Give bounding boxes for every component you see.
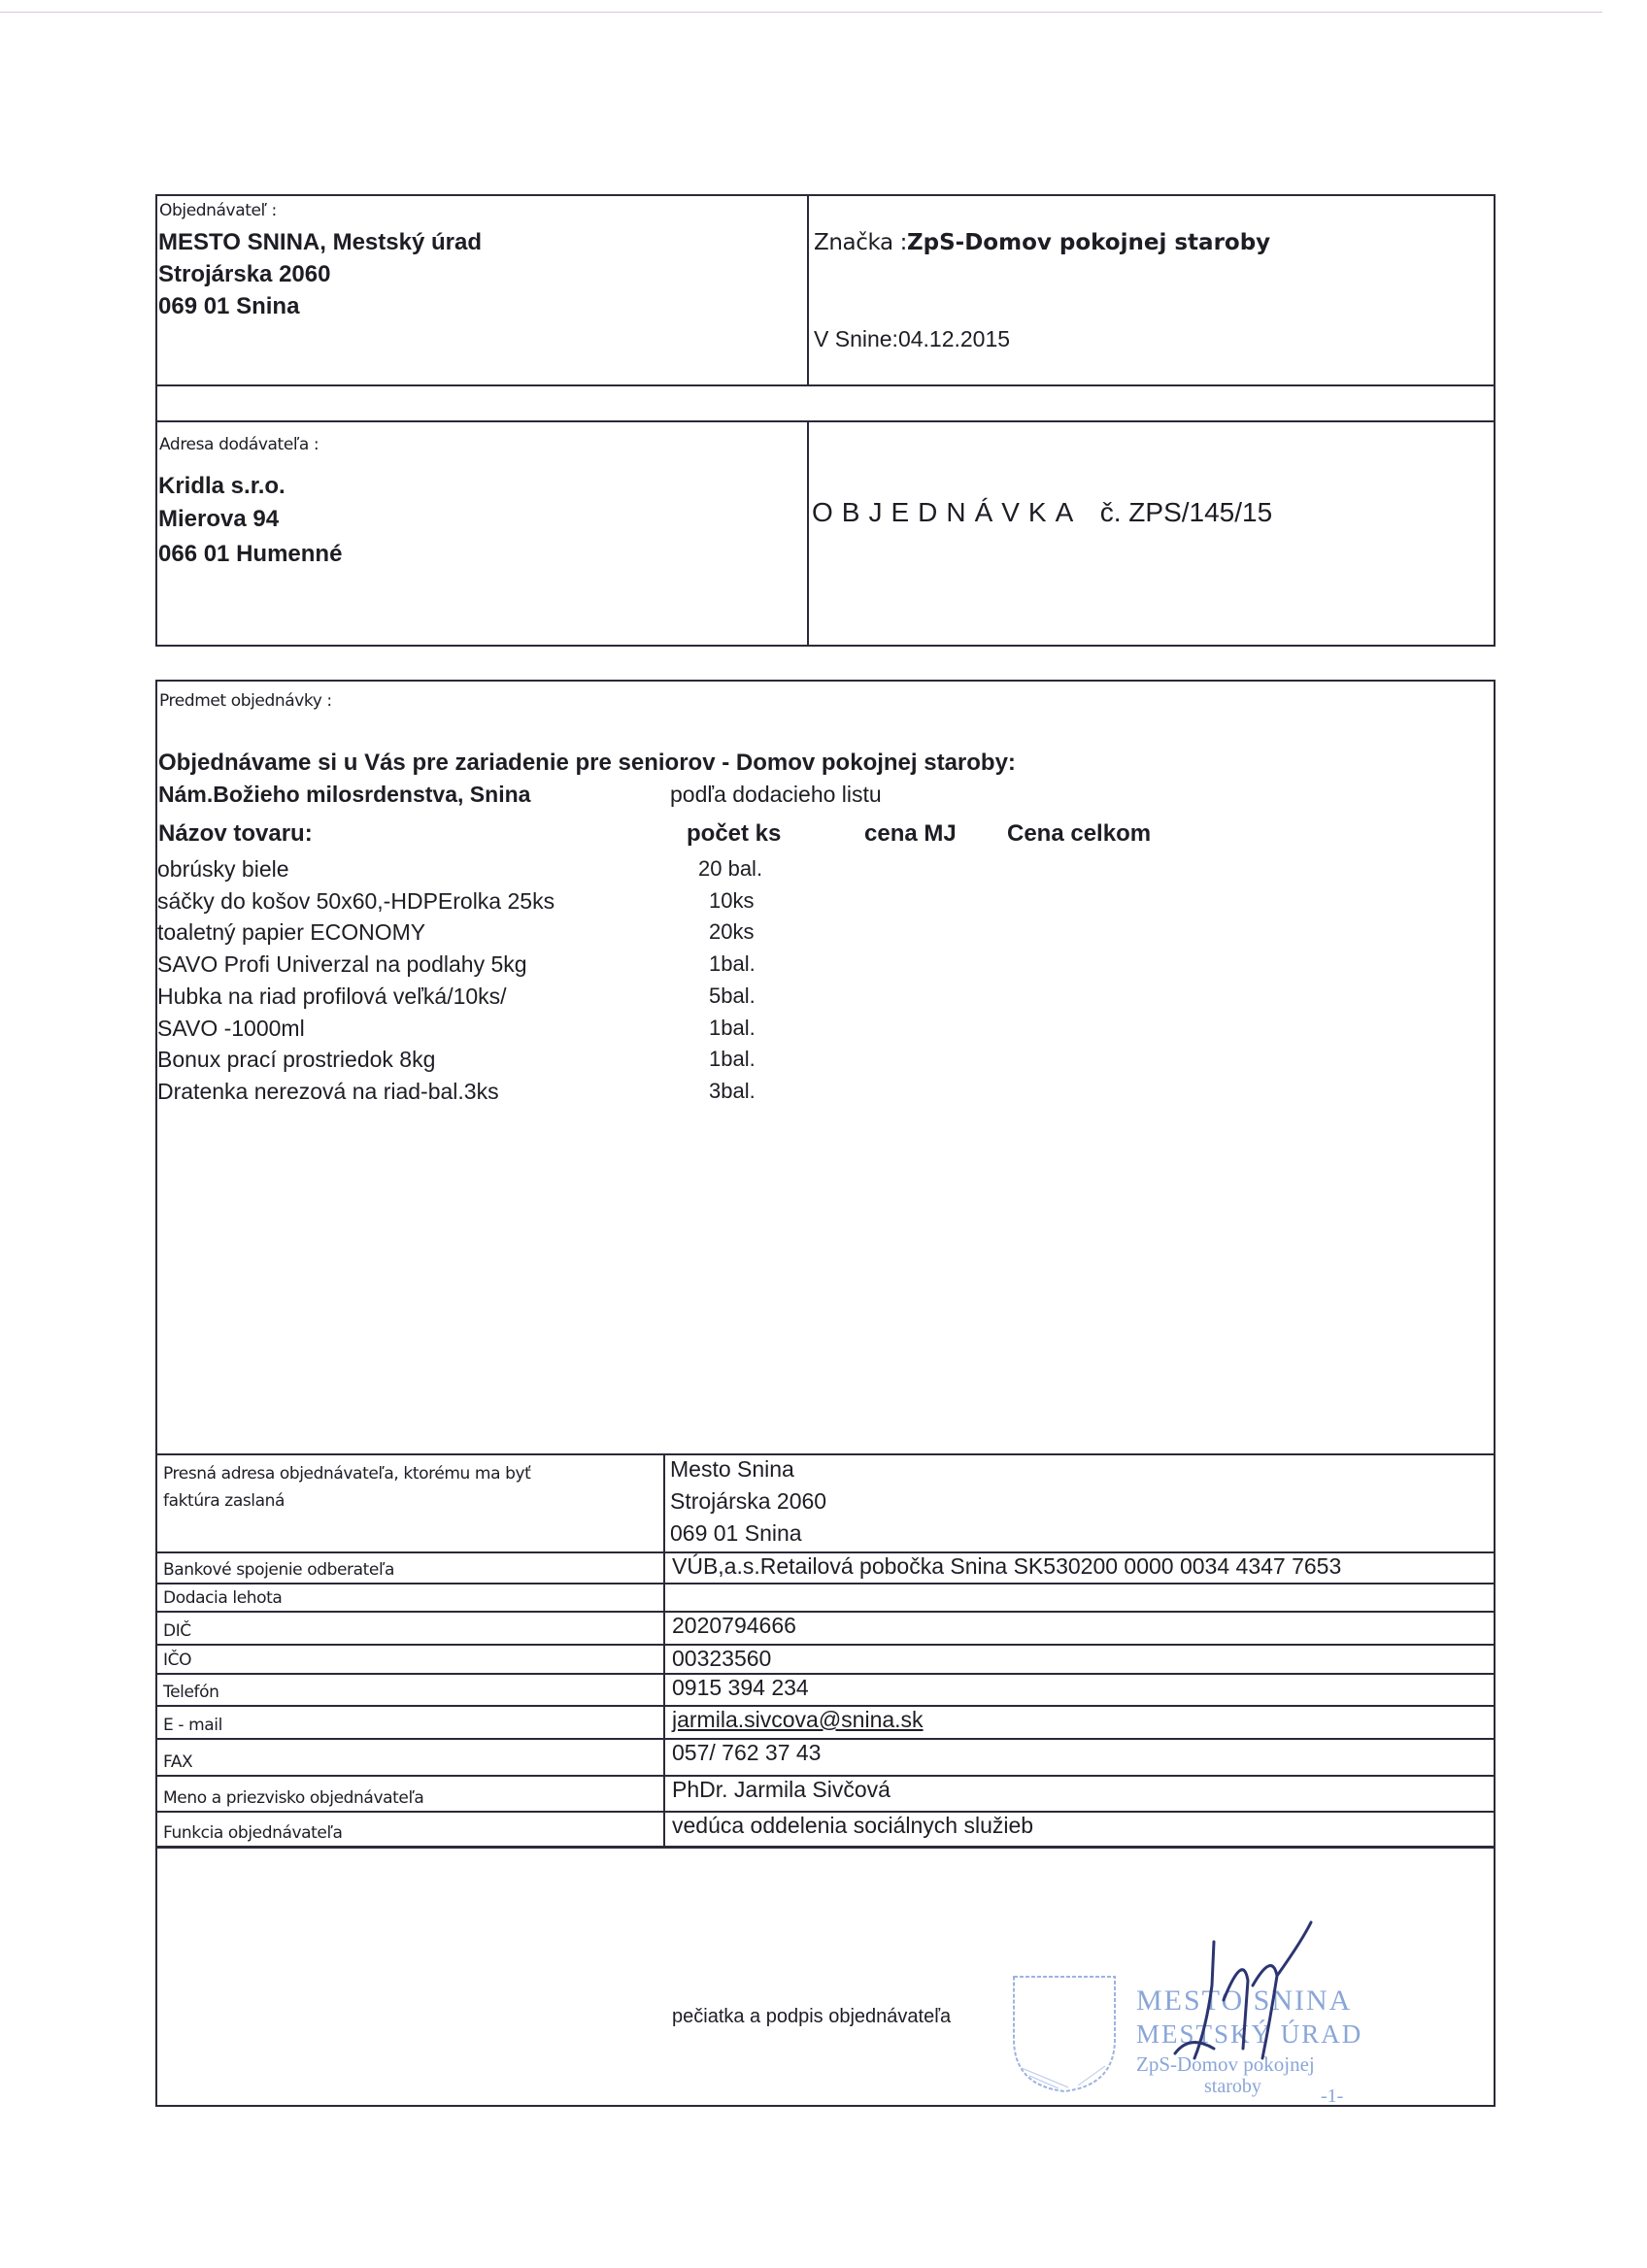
info-row: Telefón0915 394 234: [155, 1674, 1496, 1706]
supplier-street: Mierova 94: [158, 506, 279, 533]
orderer-label: Objednávateľ :: [159, 201, 277, 220]
info-row-value: vedúca oddelenia sociálnych služieb: [672, 1813, 1033, 1839]
info-row-label: FAX: [163, 1752, 192, 1772]
stamp-line-4: staroby: [1204, 2076, 1261, 2098]
info-row: DIČ2020794666: [155, 1612, 1496, 1645]
invoice-address-label-1: Presná adresa objednávateľa, ktorému ma …: [163, 1464, 530, 1484]
subject-note: podľa dodacieho listu: [670, 782, 882, 808]
item-name: Bonux prací prostriedok 8kg: [157, 1047, 435, 1073]
info-row: Bankové spojenie odberateľaVÚB,a.s.Retai…: [155, 1552, 1496, 1584]
supplier-name: Kridla s.r.o.: [158, 473, 286, 500]
info-row-value: VÚB,a.s.Retailová pobočka Snina SK530200…: [672, 1553, 1341, 1580]
orderer-box-divider: [807, 194, 809, 386]
item-name: SAVO Profi Univerzal na podlahy 5kg: [157, 951, 527, 978]
info-row-label: Dodacia lehota: [163, 1588, 282, 1608]
signature-scribble-icon: [1156, 1913, 1330, 2078]
signature-label: pečiatka a podpis objednávateľa: [672, 2006, 951, 2028]
supplier-box-divider: [807, 420, 809, 647]
info-row-value: 057/ 762 37 43: [672, 1740, 821, 1766]
order-heading: OBJEDNÁVKA č. ZPS/145/15: [812, 497, 1272, 528]
item-quantity: 1bal.: [709, 1016, 756, 1041]
info-row-label: E - mail: [163, 1716, 222, 1735]
info-row: IČO00323560: [155, 1645, 1496, 1674]
item-quantity: 10ks: [709, 888, 754, 914]
info-row-value: PhDr. Jarmila Sivčová: [672, 1777, 891, 1803]
orderer-box: [155, 194, 1496, 386]
info-row: E - mailjarmila.sivcova@snina.sk: [155, 1706, 1496, 1739]
info-row: Funkcia objednávateľavedúca oddelenia so…: [155, 1812, 1496, 1847]
item-quantity: 20 bal.: [698, 856, 762, 882]
header-item-name: Názov tovaru:: [158, 820, 313, 848]
coat-of-arms-icon: [1010, 1971, 1119, 2095]
reference-line: Značka :ZpS-Domov pokojnej staroby: [814, 229, 1270, 256]
info-row-value: 0915 394 234: [672, 1675, 809, 1701]
header-total-price: Cena celkom: [1007, 820, 1151, 848]
orderer-street: Strojárska 2060: [158, 261, 330, 288]
supplier-label: Adresa dodávateľa :: [159, 435, 319, 454]
info-row-label: Telefón: [163, 1683, 219, 1702]
info-row: Dodacia lehota: [155, 1584, 1496, 1612]
scan-top-edge: [0, 12, 1602, 13]
info-row-label: Meno a priezvisko objednávateľa: [163, 1788, 423, 1808]
item-name: Dratenka nerezová na riad-bal.3ks: [157, 1079, 499, 1105]
header-quantity: počet ks: [687, 820, 781, 848]
header-unit-price: cena MJ: [864, 820, 957, 848]
invoice-address-line-1: Mesto Snina: [670, 1456, 794, 1483]
subject-location: Nám.Božieho milosrdenstva, Snina: [158, 782, 530, 808]
orderer-name: MESTO SNINA, Mestský úrad: [158, 229, 482, 256]
order-number: č. ZPS/145/15: [1100, 497, 1272, 527]
subject-label: Predmet objednávky :: [159, 691, 332, 711]
reference-label: Značka :: [814, 230, 907, 255]
info-row-label: Funkcia objednávateľa: [163, 1823, 343, 1843]
empty-band: [155, 384, 1496, 422]
info-row-label: DIČ: [163, 1621, 191, 1641]
supplier-city: 066 01 Humenné: [158, 541, 342, 568]
item-name: SAVO -1000ml: [157, 1016, 305, 1042]
page-mark: -1-: [1321, 2085, 1343, 2108]
info-row-value: 00323560: [672, 1646, 771, 1672]
info-row-label: Bankové spojenie odberateľa: [163, 1560, 394, 1580]
item-name: obrúsky biele: [157, 856, 289, 883]
info-row-value: 2020794666: [672, 1613, 796, 1639]
reference-value: ZpS-Domov pokojnej staroby: [907, 230, 1270, 255]
info-row-label: IČO: [163, 1651, 191, 1670]
item-name: Hubka na riad profilová veľká/10ks/: [157, 984, 507, 1010]
item-quantity: 1bal.: [709, 1047, 756, 1072]
supplier-box: [155, 420, 1496, 647]
invoice-address-line-2: Strojárska 2060: [670, 1488, 826, 1515]
info-row: Meno a priezvisko objednávateľaPhDr. Jar…: [155, 1776, 1496, 1812]
info-row: FAX057/ 762 37 43: [155, 1739, 1496, 1776]
invoice-address-label-2: faktúra zaslaná: [163, 1491, 285, 1511]
order-title: OBJEDNÁVKA: [812, 497, 1082, 527]
item-name: toaletný papier ECONOMY: [157, 919, 425, 946]
place-date: V Snine:04.12.2015: [814, 326, 1010, 352]
subject-intro: Objednávame si u Vás pre zariadenie pre …: [158, 750, 1016, 777]
item-name: sáčky do košov 50x60,-HDPErolka 25ks: [157, 888, 555, 915]
item-quantity: 3bal.: [709, 1079, 756, 1104]
item-quantity: 20ks: [709, 919, 754, 945]
item-quantity: 5bal.: [709, 984, 756, 1009]
invoice-address-line-3: 069 01 Snina: [670, 1520, 802, 1547]
orderer-city: 069 01 Snina: [158, 293, 299, 320]
item-quantity: 1bal.: [709, 951, 756, 977]
email-link[interactable]: jarmila.sivcova@snina.sk: [672, 1707, 924, 1733]
